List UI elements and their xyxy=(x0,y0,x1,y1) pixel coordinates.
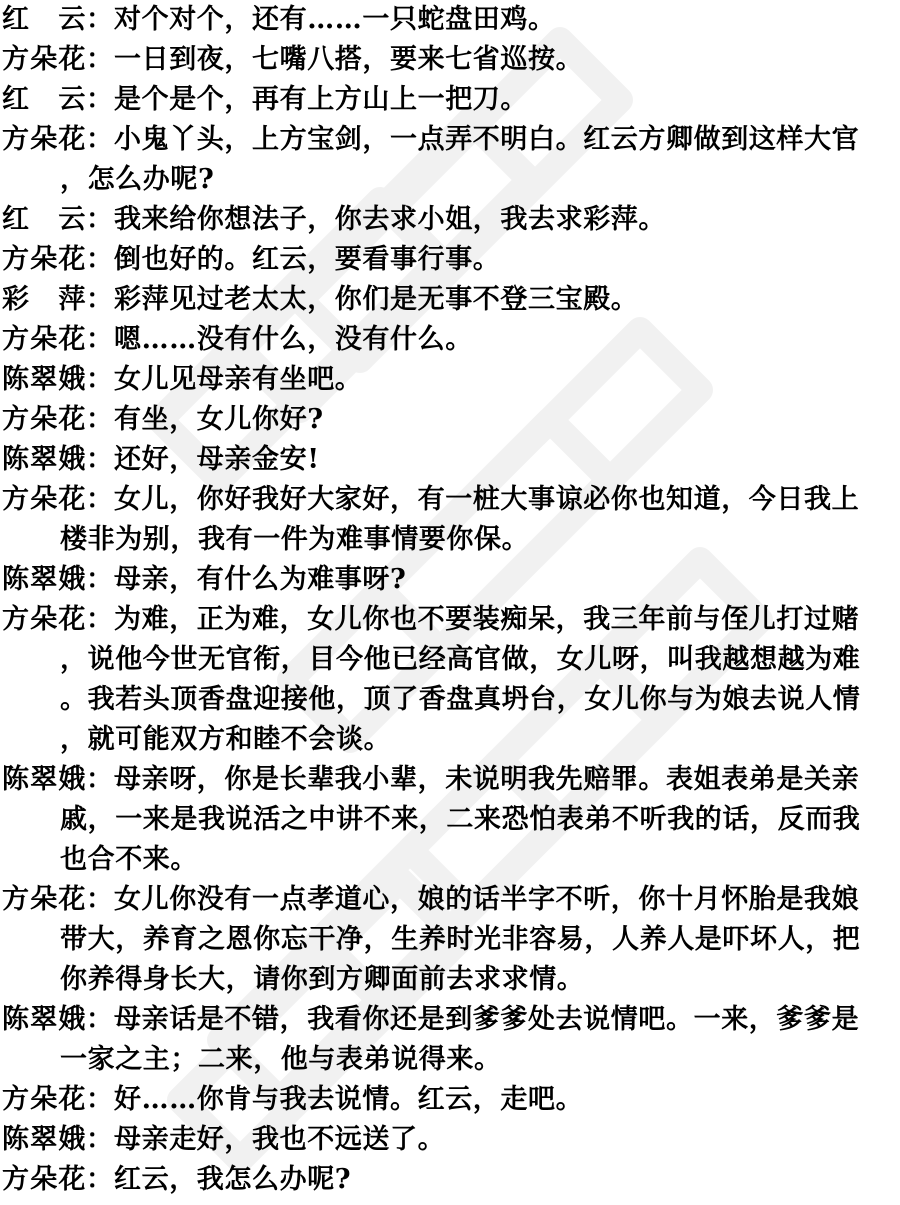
dialogue-line: 方朵花：红云，我怎么办呢? xyxy=(2,1160,882,1200)
speaker-name: 陈翠娥 xyxy=(2,1120,86,1160)
dialogue-line: 方朵花：好……你肯与我去说情。红云，走吧。 xyxy=(2,1080,882,1120)
speaker-name: 方朵花 xyxy=(2,1080,86,1120)
dialogue-text: 还好，母亲金安! xyxy=(114,444,320,475)
dialogue-line: 陈翠娥：女儿见母亲有坐吧。 xyxy=(2,360,882,400)
dialogue-line: 方朵花：为难，正为难，女儿你也不要装痴呆，我三年前与侄儿打过赌 xyxy=(2,600,882,640)
speaker-name: 陈翠娥 xyxy=(2,760,86,800)
speaker-name: 陈翠娥 xyxy=(2,1000,86,1040)
speaker-colon: ： xyxy=(86,80,114,120)
speaker-name: 方朵花 xyxy=(2,480,86,520)
speaker-colon: ： xyxy=(86,440,114,480)
dialogue-line: 方朵花：小鬼丫头，上方宝剑，一点弄不明白。红云方卿做到这样大官 xyxy=(2,120,882,160)
dialogue-continuation: 你养得身长大，请你到方卿面前去求求情。 xyxy=(2,960,882,1000)
dialogue-text: 我来给你想法子，你去求小姐，我去求彩萍。 xyxy=(114,204,666,235)
speaker-name: 彩 萍 xyxy=(2,280,86,320)
dialogue-line: 陈翠娥：母亲，有什么为难事呀? xyxy=(2,560,882,600)
dialogue-line: 方朵花：女儿，你好我好大家好，有一桩大事谅必你也知道，今日我上 xyxy=(2,480,882,520)
speaker-name: 方朵花 xyxy=(2,320,86,360)
dialogue-text: 母亲话是不错，我看你还是到爹爹处去说情吧。一来，爹爹是 xyxy=(114,1004,859,1035)
speaker-colon: ： xyxy=(86,400,114,440)
speaker-colon: ： xyxy=(86,280,114,320)
speaker-name: 方朵花 xyxy=(2,40,86,80)
dialogue-line: 方朵花：倒也好的。红云，要看事行事。 xyxy=(2,240,882,280)
speaker-name: 红 云 xyxy=(2,80,86,120)
dialogue-continuation: ，就可能双方和睦不会谈。 xyxy=(2,720,882,760)
speaker-name: 方朵花 xyxy=(2,600,86,640)
dialogue-line: 方朵花：女儿你没有一点孝道心，娘的话半字不听，你十月怀胎是我娘 xyxy=(2,880,882,920)
dialogue-text: 女儿你没有一点孝道心，娘的话半字不听，你十月怀胎是我娘 xyxy=(114,884,859,915)
dialogue-line: 陈翠娥：母亲走好，我也不远送了。 xyxy=(2,1120,882,1160)
dialogue-continuation: ，说他今世无官衔，目今他已经高官做，女儿呀，叫我越想越为难 xyxy=(2,640,882,680)
dialogue-line: 陈翠娥：还好，母亲金安! xyxy=(2,440,882,480)
dialogue-text: 红云，我怎么办呢? xyxy=(114,1164,351,1195)
dialogue-continuation: 带大，养育之恩你忘干净，生养时光非容易，人养人是吓坏人，把 xyxy=(2,920,882,960)
dialogue-line: 方朵花：有坐，女儿你好? xyxy=(2,400,882,440)
speaker-colon: ： xyxy=(86,560,114,600)
speaker-name: 红 云 xyxy=(2,0,86,40)
speaker-colon: ： xyxy=(86,480,114,520)
speaker-name: 方朵花 xyxy=(2,400,86,440)
dialogue-text: 好……你肯与我去说情。红云，走吧。 xyxy=(114,1084,583,1115)
dialogue-text: 倒也好的。红云，要看事行事。 xyxy=(114,244,500,275)
speaker-name: 方朵花 xyxy=(2,120,86,160)
speaker-colon: ： xyxy=(86,1160,114,1200)
dialogue-text: 女儿见母亲有坐吧。 xyxy=(114,364,362,395)
dialogue-continuation: 也合不来。 xyxy=(2,840,882,880)
dialogue-text: 彩萍见过老太太，你们是无事不登三宝殿。 xyxy=(114,284,638,315)
speaker-colon: ： xyxy=(86,1000,114,1040)
speaker-colon: ： xyxy=(86,320,114,360)
dialogue-text: 母亲走好，我也不远送了。 xyxy=(114,1124,445,1155)
dialogue-text: 小鬼丫头，上方宝剑，一点弄不明白。红云方卿做到这样大官 xyxy=(114,124,859,155)
speaker-colon: ： xyxy=(86,240,114,280)
dialogue-text: 为难，正为难，女儿你也不要装痴呆，我三年前与侄儿打过赌 xyxy=(114,604,859,635)
dialogue-line: 红 云：是个是个，再有上方山上一把刀。 xyxy=(2,80,882,120)
dialogue-line: 红 云：对个对个，还有……一只蛇盘田鸡。 xyxy=(2,0,882,40)
dialogue-continuation: 一家之主；二来，他与表弟说得来。 xyxy=(2,1040,882,1080)
dialogue-text: 母亲，有什么为难事呀? xyxy=(114,564,406,595)
dialogue-text: 对个对个，还有……一只蛇盘田鸡。 xyxy=(114,4,556,35)
speaker-colon: ： xyxy=(86,600,114,640)
dialogue-line: 彩 萍：彩萍见过老太太，你们是无事不登三宝殿。 xyxy=(2,280,882,320)
speaker-colon: ： xyxy=(86,0,114,40)
dialogue-continuation: 戚，一来是我说活之中讲不来，二来恐怕表弟不听我的话，反而我 xyxy=(2,800,882,840)
dialogue-text: 嗯……没有什么，没有什么。 xyxy=(114,324,473,355)
dialogue-line: 红 云：我来给你想法子，你去求小姐，我去求彩萍。 xyxy=(2,200,882,240)
speaker-colon: ： xyxy=(86,760,114,800)
dialogue-continuation: 。我若头顶香盘迎接他，顶了香盘真坍台，女儿你与为娘去说人情 xyxy=(2,680,882,720)
dialogue-text: 一日到夜，七嘴八搭，要来七省巡按。 xyxy=(114,44,583,75)
speaker-colon: ： xyxy=(86,120,114,160)
speaker-colon: ： xyxy=(86,1080,114,1120)
speaker-name: 红 云 xyxy=(2,200,86,240)
dialogue-continuation: ，怎么办呢? xyxy=(2,160,882,200)
speaker-colon: ： xyxy=(86,200,114,240)
dialogue-text: 女儿，你好我好大家好，有一桩大事谅必你也知道，今日我上 xyxy=(114,484,859,515)
speaker-colon: ： xyxy=(86,40,114,80)
dialogue-text: 母亲呀，你是长辈我小辈，未说明我先赔罪。表姐表弟是关亲 xyxy=(114,764,859,795)
speaker-name: 方朵花 xyxy=(2,1160,86,1200)
speaker-name: 方朵花 xyxy=(2,880,86,920)
dialogue-line: 方朵花：一日到夜，七嘴八搭，要来七省巡按。 xyxy=(2,40,882,80)
dialogue-line: 陈翠娥：母亲话是不错，我看你还是到爹爹处去说情吧。一来，爹爹是 xyxy=(2,1000,882,1040)
speaker-colon: ： xyxy=(86,1120,114,1160)
speaker-name: 陈翠娥 xyxy=(2,440,86,480)
dialogue-line: 方朵花：嗯……没有什么，没有什么。 xyxy=(2,320,882,360)
script-dialogue: 红 云：对个对个，还有……一只蛇盘田鸡。方朵花：一日到夜，七嘴八搭，要来七省巡按… xyxy=(2,0,882,1200)
dialogue-text: 有坐，女儿你好? xyxy=(114,404,324,435)
speaker-name: 方朵花 xyxy=(2,240,86,280)
speaker-colon: ： xyxy=(86,360,114,400)
dialogue-text: 是个是个，再有上方山上一把刀。 xyxy=(114,84,528,115)
speaker-name: 陈翠娥 xyxy=(2,360,86,400)
speaker-colon: ： xyxy=(86,880,114,920)
dialogue-continuation: 楼非为别，我有一件为难事情要你保。 xyxy=(2,520,882,560)
speaker-name: 陈翠娥 xyxy=(2,560,86,600)
dialogue-line: 陈翠娥：母亲呀，你是长辈我小辈，未说明我先赔罪。表姐表弟是关亲 xyxy=(2,760,882,800)
